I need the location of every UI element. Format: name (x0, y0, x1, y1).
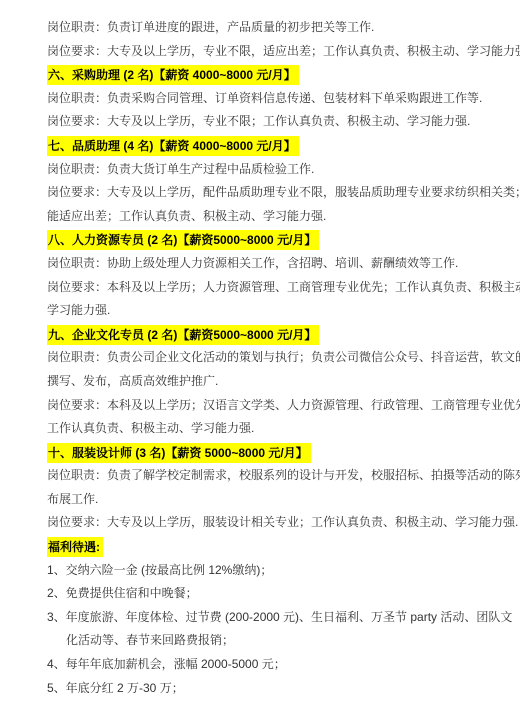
section7-title: 七、品质助理 (4 名)【薪资 4000~8000 元/月】 (47, 134, 476, 158)
section7-duty-line: 岗位职责：负责大货订单生产过程中品质检验工作. (47, 158, 476, 182)
benefit-item-2: 2、免费提供住宿和中晚餐； (47, 582, 476, 606)
section8-req-line-1: 岗位要求：本科及以上学历；人力资源管理、工商管理专业优先；工作认真负责、积极主动… (47, 276, 476, 300)
section6-title-highlight: 六、采购助理 (2 名)【薪资 4000~8000 元/月】 (47, 65, 299, 85)
section9-req-line-1: 岗位要求：本科及以上学历；汉语言文学类、人力资源管理、行政管理、工商管理专业优先… (47, 394, 476, 418)
section5-req-line: 岗位要求：大专及以上学历，专业不限，适应出差；工作认真负责、积极主动、学习能力强… (47, 40, 476, 64)
benefit-item-3-cont: 化活动等、春节来回路费报销； (47, 629, 476, 653)
section10-duty-line-2: 布展工作. (47, 488, 476, 512)
section5-duty-line: 岗位职责：负责订单进度的跟进，产品质量的初步把关等工作. (47, 16, 476, 40)
section6-title: 六、采购助理 (2 名)【薪资 4000~8000 元/月】 (47, 63, 476, 87)
benefits-title: 福利待遇: (47, 535, 476, 559)
section9-req-line-2: 工作认真负责、积极主动、学习能力强. (47, 417, 476, 441)
section10-title-highlight: 十、服装设计师 (3 名)【薪资 5000~8000 元/月】 (47, 443, 311, 463)
benefit-item-3: 3、年度旅游、年度体检、过节费 (200-2000 元)、生日福利、万圣节 pa… (47, 606, 476, 630)
section8-req-line-2: 学习能力强. (47, 299, 476, 323)
section8-title-highlight: 八、人力资源专员 (2 名)【薪资5000~8000 元/月】 (47, 230, 319, 250)
section10-title: 十、服装设计师 (3 名)【薪资 5000~8000 元/月】 (47, 441, 476, 465)
benefit-item-5: 5、年底分红 2 万-30 万； (47, 677, 476, 701)
section9-title-highlight: 九、企业文化专员 (2 名)【薪资5000~8000 元/月】 (47, 325, 319, 345)
section10-req-line: 岗位要求：大专及以上学历，服装设计相关专业；工作认真负责、积极主动、学习能力强. (47, 511, 476, 535)
section6-req-line: 岗位要求：大专及以上学历，专业不限；工作认真负责、积极主动、学习能力强. (47, 110, 476, 134)
section10-duty-line-1: 岗位职责：负责了解学校定制需求，校服系列的设计与开发，校服招标、拍摄等活动的陈列 (47, 464, 476, 488)
section8-title: 八、人力资源专员 (2 名)【薪资5000~8000 元/月】 (47, 228, 476, 252)
section7-req-line-1: 岗位要求：大专及以上学历，配件品质助理专业不限，服装品质助理专业要求纺织相关类； (47, 181, 476, 205)
section9-duty-line-2: 撰写、发布，高质高效维护推广. (47, 370, 476, 394)
section9-title: 九、企业文化专员 (2 名)【薪资5000~8000 元/月】 (47, 323, 476, 347)
recruitment-document-page: 岗位职责：负责订单进度的跟进，产品质量的初步把关等工作. 岗位要求：大专及以上学… (0, 0, 520, 719)
benefit-item-4: 4、每年年底加薪机会，涨幅 2000-5000 元； (47, 653, 476, 677)
section7-req-line-2: 能适应出差；工作认真负责、积极主动、学习能力强. (47, 205, 476, 229)
benefits-title-highlight: 福利待遇: (47, 537, 103, 557)
section8-duty-line: 岗位职责：协助上级处理人力资源相关工作，含招聘、培训、薪酬绩效等工作. (47, 252, 476, 276)
section7-title-highlight: 七、品质助理 (4 名)【薪资 4000~8000 元/月】 (47, 136, 299, 156)
section6-duty-line: 岗位职责：负责采购合同管理、订单资料信息传递、包装材料下单采购跟进工作等. (47, 87, 476, 111)
benefit-item-1: 1、交纳六险一金 (按最高比例 12%缴纳)； (47, 559, 476, 583)
section9-duty-line-1: 岗位职责：负责公司企业文化活动的策划与执行；负责公司微信公众号、抖音运营，软文的 (47, 346, 476, 370)
